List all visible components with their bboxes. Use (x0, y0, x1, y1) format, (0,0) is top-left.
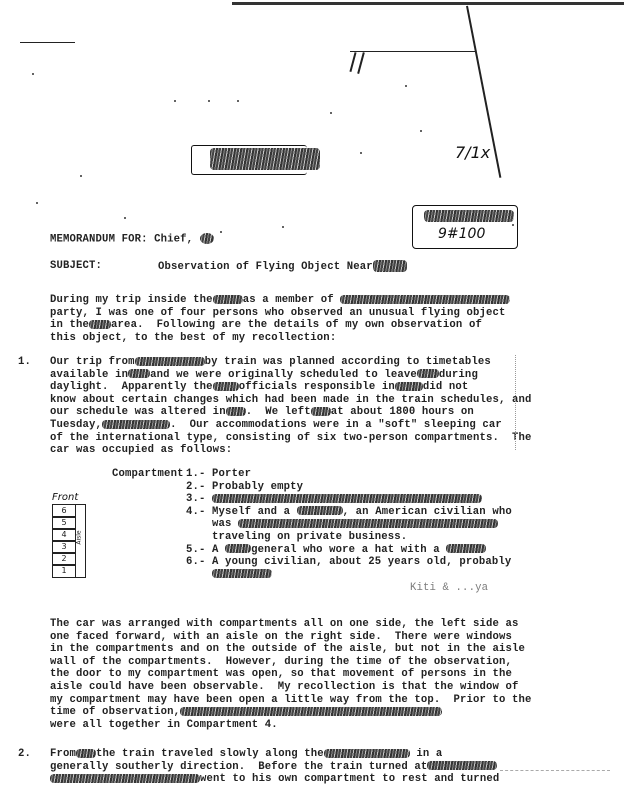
diagram-cell: 1 (52, 564, 76, 578)
redacted-routing (424, 210, 514, 222)
text: Our trip from (50, 356, 135, 368)
scan-margin (515, 355, 516, 450)
text: officials responsible in (239, 381, 395, 393)
scan-mark (20, 42, 75, 43)
scan-mark (350, 51, 475, 52)
memo-subject-value-row: Observation of Flying Object Near (158, 260, 407, 273)
handwritten-mark: 7/1x (455, 143, 490, 162)
text: Porter (212, 468, 251, 480)
redacted (417, 369, 439, 378)
redacted (427, 761, 497, 770)
text: in the compartments and on the outside o… (50, 643, 525, 655)
intro-paragraph: During my trip inside theas a member of … (50, 294, 510, 344)
text: as a member of (243, 294, 334, 306)
text: the train traveled slowly along the (96, 748, 324, 760)
redacted (76, 749, 96, 758)
redacted (238, 519, 498, 528)
redacted (226, 407, 246, 416)
text: The car was arranged with compartments a… (50, 618, 519, 630)
paragraph-1: Our trip fromby train was planned accord… (50, 356, 532, 457)
text: my compartment may have been open a litt… (50, 694, 532, 706)
text: in a (416, 748, 442, 760)
redacted (213, 382, 239, 391)
text: party, I was one of four persons who obs… (50, 307, 506, 319)
memo-subject-value: Observation of Flying Object Near (158, 261, 373, 273)
memo-to-label: MEMORANDUM FOR: (50, 233, 148, 245)
layout-paragraph: The car was arranged with compartments a… (50, 618, 532, 731)
text: car was occupied as follows: (50, 444, 232, 456)
faded-stamp: Kiti & ...ya (410, 582, 488, 595)
redacted (395, 382, 423, 391)
redacted-location (373, 260, 407, 272)
text: daylight. Apparently the (50, 381, 213, 393)
text: and we were originally scheduled to leav… (150, 369, 417, 381)
text: traveling on private business. (212, 531, 407, 543)
text: was (212, 518, 232, 530)
text: time of observation, (50, 706, 180, 718)
redacted-recipient (200, 233, 214, 244)
redacted (128, 369, 150, 378)
diagram-aisle-label: Aisle (76, 530, 83, 544)
text: at about 1800 hours on (331, 406, 474, 418)
compartment-label: Compartment (112, 468, 184, 481)
text: know about certain changes which had bee… (50, 394, 532, 406)
handwritten-ref: 9#100 (438, 226, 485, 242)
text: Myself and a (212, 506, 290, 518)
redacted (213, 295, 243, 304)
memo-subject: SUBJECT: (50, 260, 102, 273)
redacted (324, 749, 410, 758)
text: by train was planned according to timeta… (205, 356, 491, 368)
scan-edge-top (232, 2, 624, 5)
text: Tuesday, (50, 419, 102, 431)
text: during (439, 369, 478, 381)
text: the door to my compartment was open, so … (50, 668, 512, 680)
redacted (297, 506, 343, 515)
text: did not (423, 381, 469, 393)
memo-to: MEMORANDUM FOR: Chief, (50, 233, 214, 246)
redacted (102, 420, 170, 429)
text: our schedule was altered in (50, 406, 226, 418)
text: Probably empty (212, 481, 303, 493)
redacted (180, 707, 442, 716)
text: available in (50, 369, 128, 381)
text: aisle could have been observable. My rec… (50, 681, 519, 693)
text: From (50, 748, 76, 760)
text: of the international type, consisting of… (50, 432, 532, 444)
text: . We left (246, 406, 311, 418)
text: A (212, 544, 219, 556)
text: 3.- (186, 493, 206, 505)
redacted (50, 774, 200, 783)
text: , an American civilian who (343, 506, 512, 518)
scan-mark (349, 52, 356, 72)
redacted (89, 320, 111, 329)
memo-subject-label: SUBJECT: (50, 260, 102, 272)
text: During my trip inside the (50, 294, 213, 306)
text: were all together in Compartment 4. (50, 719, 278, 731)
document-page: 7/1x 9#100 MEMORANDUM FOR: Chief, SUBJEC… (0, 0, 624, 788)
redacted (340, 295, 510, 304)
text: generally southerly direction. Before th… (50, 761, 427, 773)
redacted (311, 407, 331, 416)
compartment-list: 1.- Porter 2.- Probably empty 3.- 4.- My… (186, 468, 512, 581)
text: 5.- (186, 544, 206, 556)
para2-number: 2. (18, 748, 31, 761)
text: this object, to the best of my recollect… (50, 332, 336, 344)
redacted (212, 569, 272, 578)
text: general who wore a hat with a (251, 544, 440, 556)
text: in the (50, 319, 89, 331)
diagram-front-label: Front (52, 492, 78, 503)
text: one faced forward, with an aisle on the … (50, 631, 512, 643)
memo-to-value: Chief, (154, 233, 193, 245)
scan-margin (500, 770, 610, 771)
para1-number: 1. (18, 356, 31, 369)
redacted (225, 544, 251, 553)
text: went to his own compartment to rest and … (200, 773, 499, 785)
text: wall of the compartments. However, durin… (50, 656, 512, 668)
redacted (135, 357, 205, 366)
redacted (446, 544, 486, 553)
text: 6.- (186, 556, 206, 568)
text: 1.- (186, 468, 206, 480)
text: . Our accommodations were in a "soft" sl… (170, 419, 502, 431)
text: A young civilian, about 25 years old, pr… (212, 556, 511, 568)
scan-mark (357, 52, 364, 74)
paragraph-2: Fromthe train traveled slowly along the … (50, 748, 499, 786)
text: 4.- (186, 506, 206, 518)
text: 2.- (186, 481, 206, 493)
text: area. Following are the details of my ow… (111, 319, 482, 331)
redacted (212, 494, 482, 503)
redacted-block (210, 148, 320, 170)
